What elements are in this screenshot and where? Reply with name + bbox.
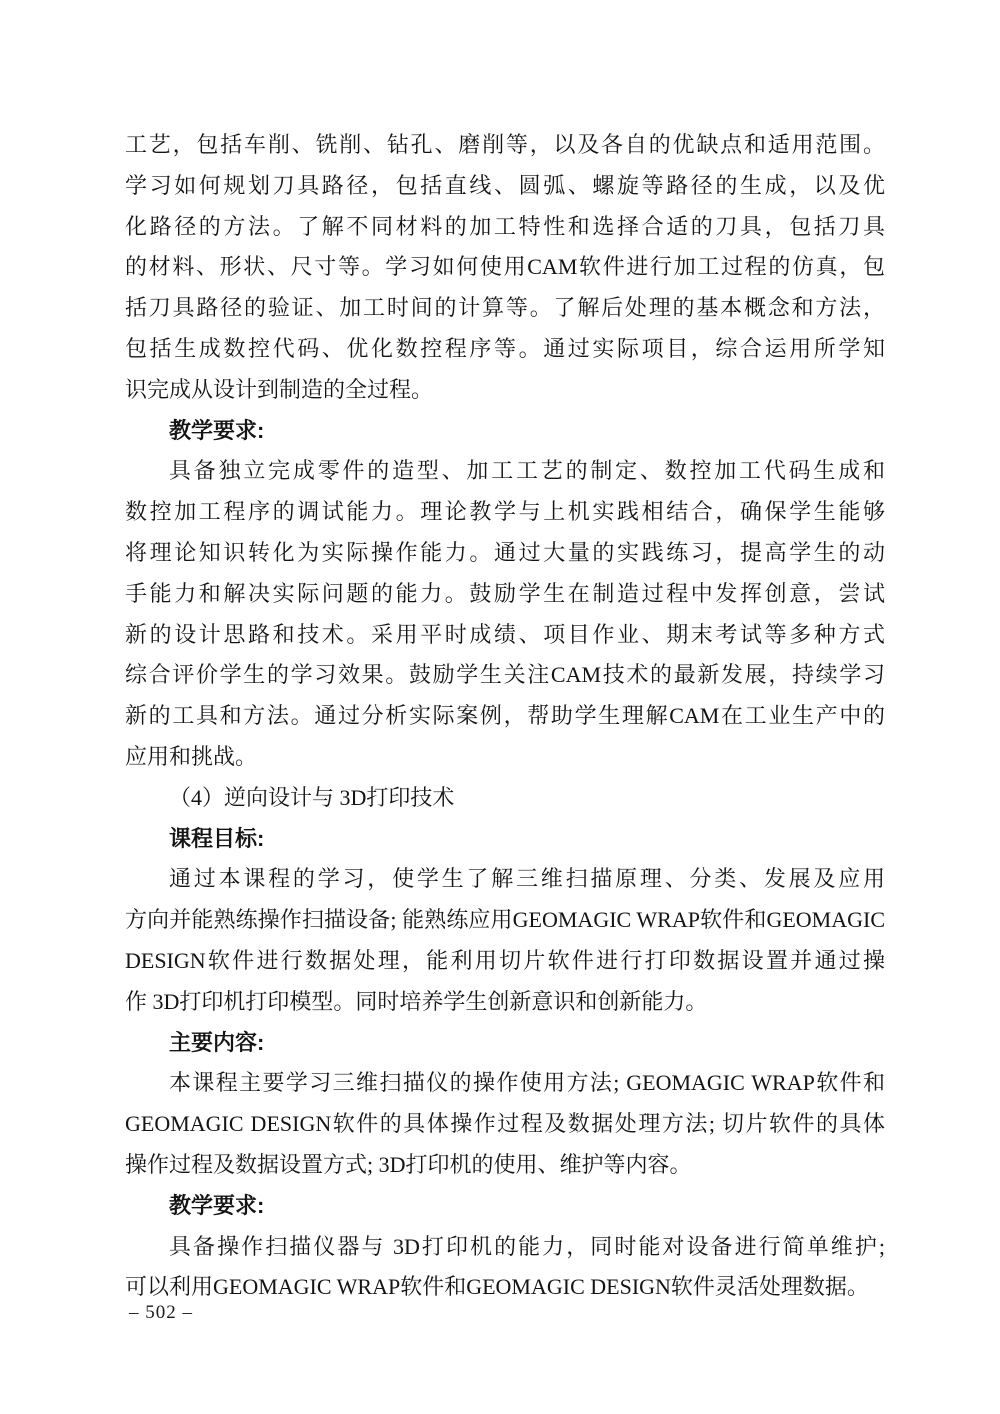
paragraph-line: 具备独立完成零件的造型、加工工艺的制定、数控加工代码生成和 <box>125 451 885 492</box>
paragraph-line: 综合评价学生的学习效果。鼓励学生关注CAM技术的最新发展，持续学习 <box>125 655 885 696</box>
paragraph-line: 手能力和解决实际问题的能力。鼓励学生在制造过程中发挥创意，尝试 <box>125 574 885 615</box>
section-heading-course-objectives: 课程目标: <box>125 819 885 860</box>
section-heading-teaching-requirements: 教学要求: <box>125 1186 885 1227</box>
paragraph-line: 识完成从设计到制造的全过程。 <box>125 370 885 411</box>
paragraph-line: 操作过程及数据设置方式; 3D打印机的使用、维护等内容。 <box>125 1145 885 1186</box>
paragraph-line: 包括生成数控代码、优化数控程序等。通过实际项目，综合运用所学知 <box>125 329 885 370</box>
paragraph-line: GEOMAGIC DESIGN软件的具体操作过程及数据处理方法; 切片软件的具体 <box>125 1104 885 1145</box>
paragraph-line: 括刀具路径的验证、加工时间的计算等。了解后处理的基本概念和方法， <box>125 288 885 329</box>
paragraph-line: 新的设计思路和技术。采用平时成绩、项目作业、期末考试等多种方式 <box>125 615 885 656</box>
page-number: – 502 – <box>129 1302 193 1324</box>
document-page: 工艺，包括车削、铣削、钻孔、磨削等，以及各自的优缺点和适用范围。 学习如何规划刀… <box>0 0 1000 1414</box>
paragraph-line: 方向并能熟练操作扫描设备; 能熟练应用GEOMAGIC WRAP软件和GEOMA… <box>125 900 885 941</box>
paragraph-line: 工艺，包括车削、铣削、钻孔、磨削等，以及各自的优缺点和适用范围。 <box>125 125 885 166</box>
paragraph-line: 将理论知识转化为实际操作能力。通过大量的实践练习，提高学生的动 <box>125 533 885 574</box>
section-heading-teaching-requirements: 教学要求: <box>125 411 885 452</box>
paragraph-line: 应用和挑战。 <box>125 737 885 778</box>
paragraph-line: 通过本课程的学习，使学生了解三维扫描原理、分类、发展及应用 <box>125 859 885 900</box>
text-block: 工艺，包括车削、铣削、钻孔、磨削等，以及各自的优缺点和适用范围。 学习如何规划刀… <box>125 125 885 1308</box>
paragraph-line: 作 3D打印机打印模型。同时培养学生创新意识和创新能力。 <box>125 982 885 1023</box>
paragraph-line: DESIGN软件进行数据处理，能利用切片软件进行打印数据设置并通过操 <box>125 941 885 982</box>
paragraph-line: 学习如何规划刀具路径，包括直线、圆弧、螺旋等路径的生成，以及优 <box>125 166 885 207</box>
paragraph-line: 新的工具和方法。通过分析实际案例，帮助学生理解CAM在工业生产中的 <box>125 696 885 737</box>
paragraph-line: 数控加工程序的调试能力。理论教学与上机实践相结合，确保学生能够 <box>125 492 885 533</box>
paragraph-line: 化路径的方法。了解不同材料的加工特性和选择合适的刀具，包括刀具 <box>125 207 885 248</box>
subsection-title-reverse-design-3d-printing: （4）逆向设计与 3D打印技术 <box>125 778 885 819</box>
paragraph-line: 可以利用GEOMAGIC WRAP软件和GEOMAGIC DESIGN软件灵活处… <box>125 1267 885 1308</box>
paragraph-line: 的材料、形状、尺寸等。学习如何使用CAM软件进行加工过程的仿真，包 <box>125 247 885 288</box>
paragraph-line: 具备操作扫描仪器与 3D打印机的能力，同时能对设备进行简单维护; <box>125 1227 885 1268</box>
paragraph-line: 本课程主要学习三维扫描仪的操作使用方法; GEOMAGIC WRAP软件和 <box>125 1063 885 1104</box>
section-heading-main-content: 主要内容: <box>125 1023 885 1064</box>
